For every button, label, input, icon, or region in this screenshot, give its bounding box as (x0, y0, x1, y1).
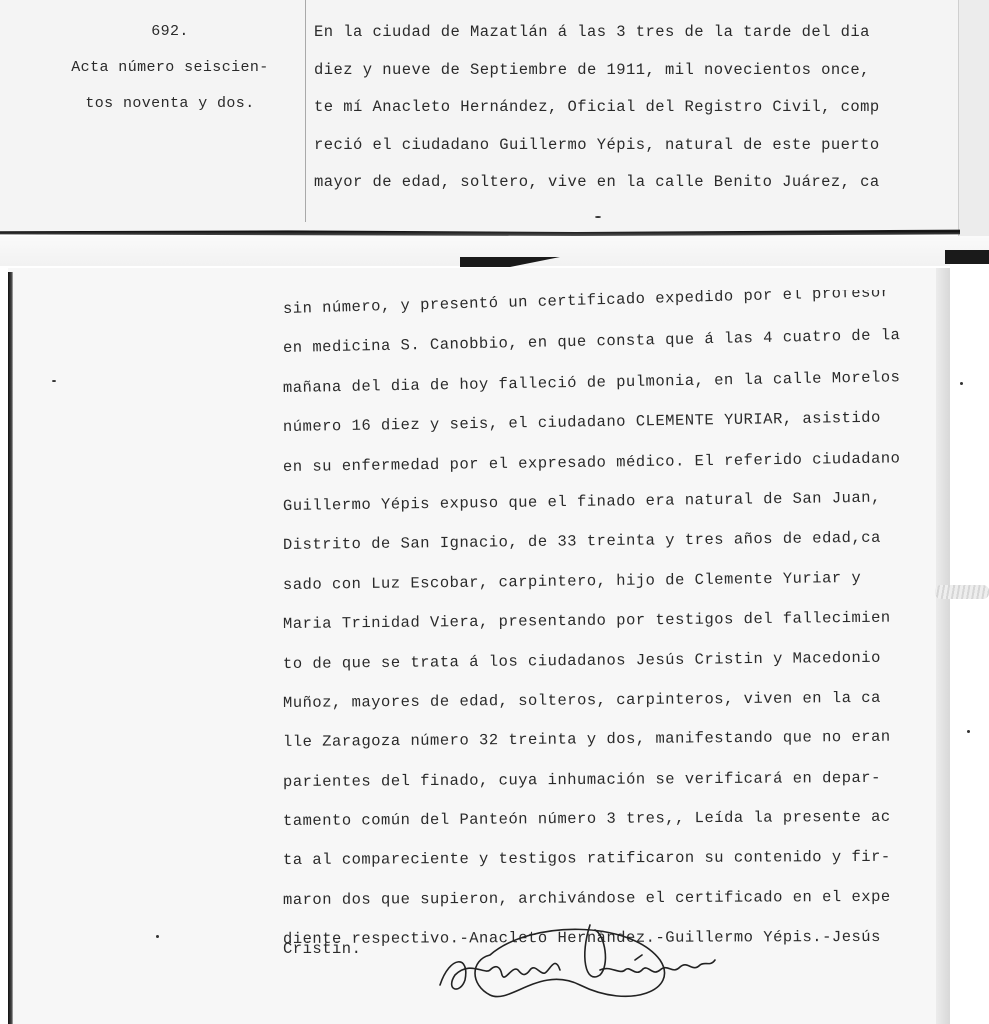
ink-speck (960, 382, 963, 385)
ink-speck (156, 935, 159, 938)
signature-icon (430, 915, 720, 1015)
signature (430, 915, 720, 1015)
binding-edge (8, 272, 13, 1024)
background-right (950, 264, 989, 1024)
ink-speck (52, 380, 56, 382)
record-number: 692. (40, 14, 300, 50)
record-title-line-2: tos noventa y dos. (40, 86, 300, 122)
text-line: sado con Luz Escobar, carpintero, hijo d… (283, 558, 953, 606)
text-line: lle Zaragoza número 32 treinta y dos, ma… (283, 717, 953, 762)
text-line: Maria Trinidad Viera, presentando por te… (283, 598, 953, 644)
shadow-corner (945, 250, 989, 264)
text-line: te mí Anacleto Hernández, Oficial del Re… (314, 89, 974, 127)
text-line: parientes del finado, cuya inhumación se… (283, 758, 953, 802)
margin-rule (305, 0, 306, 222)
text-line: tamento común del Panteón número 3 tres,… (283, 797, 953, 841)
previous-record-text: En la ciudad de Mazatlán á las 3 tres de… (314, 14, 974, 202)
record-title-line-1: Acta número seiscien- (40, 50, 300, 86)
ink-speck (967, 730, 970, 733)
ink-speck (595, 216, 601, 218)
text-line: diez y nueve de Septiembre de 1911, mil … (314, 52, 974, 90)
text-line: mayor de edad, soltero, vive en la calle… (314, 164, 974, 202)
text-line: maron dos que supieron, archivándose el … (283, 877, 953, 920)
text-line: to de que se trata á los ciudadanos Jesú… (283, 638, 953, 684)
closing-name: Cristin. (283, 940, 361, 958)
text-line: En la ciudad de Mazatlán á las 3 tres de… (314, 14, 974, 52)
text-line: ta al compareciente y testigos ratificar… (283, 838, 953, 881)
text-line: Muñoz, mayores de edad, solteros, carpin… (283, 678, 953, 723)
margin-note: 692. Acta número seiscien- tos noventa y… (40, 14, 300, 122)
death-record-text: sin número, y presentó un certificado ex… (283, 290, 953, 960)
text-line: reció el ciudadano Guillermo Yépis, natu… (314, 127, 974, 165)
